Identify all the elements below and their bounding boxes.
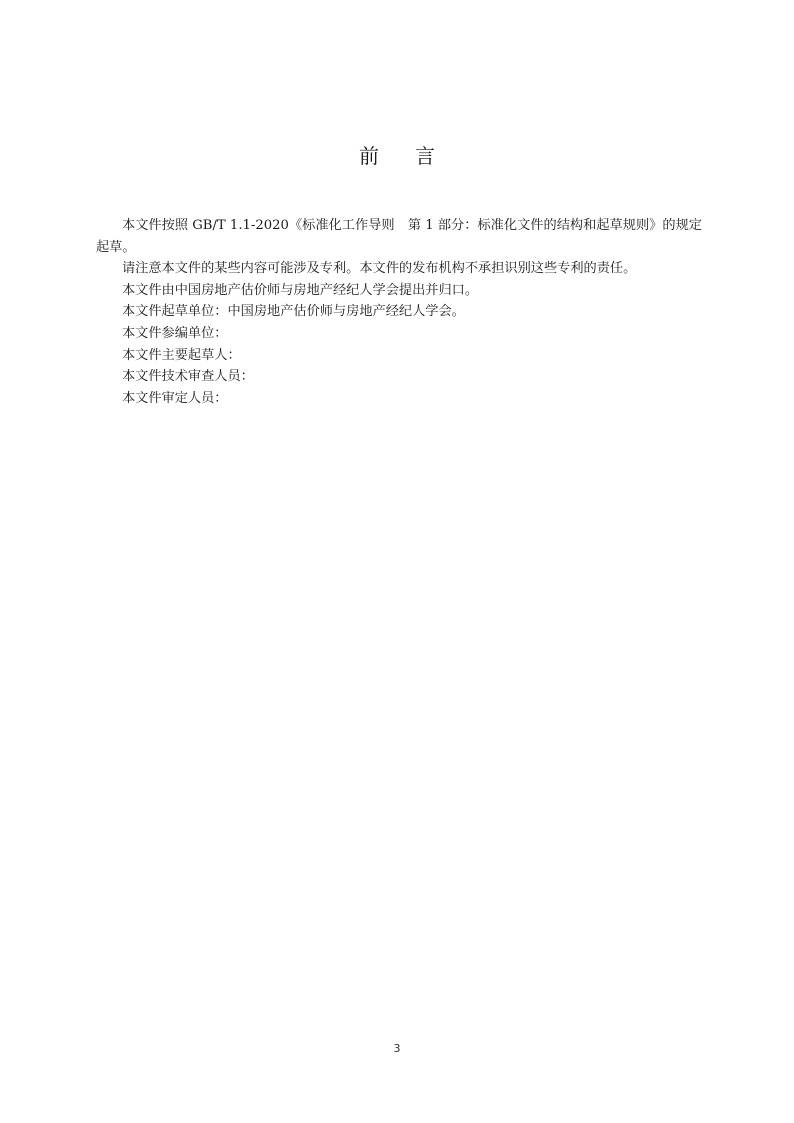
title-char-1: 前 (359, 141, 379, 171)
paragraph-participating-units: 本文件参编单位： (96, 323, 702, 345)
title-char-2: 言 (415, 141, 435, 171)
paragraph-technical-reviewers: 本文件技术审查人员： (96, 366, 702, 388)
paragraph-approvers: 本文件审定人员： (96, 388, 702, 410)
page-number: 3 (0, 1042, 794, 1055)
paragraph-drafting-standard: 本文件按照 GB/T 1.1-2020《标准化工作导则 第 1 部分：标准化文件… (96, 215, 702, 258)
paragraph-patent-notice: 请注意本文件的某些内容可能涉及专利。本文件的发布机构不承担识别这些专利的责任。 (96, 258, 702, 280)
paragraph-proposer: 本文件由中国房地产估价师与房地产经纪人学会提出并归口。 (96, 280, 702, 302)
foreword-body: 本文件按照 GB/T 1.1-2020《标准化工作导则 第 1 部分：标准化文件… (96, 215, 702, 409)
paragraph-main-drafters: 本文件主要起草人： (96, 345, 702, 367)
page-title: 前言 (0, 141, 794, 171)
paragraph-drafting-unit: 本文件起草单位：中国房地产估价师与房地产经纪人学会。 (96, 301, 702, 323)
document-page: 前言 本文件按照 GB/T 1.1-2020《标准化工作导则 第 1 部分：标准… (0, 0, 794, 1123)
